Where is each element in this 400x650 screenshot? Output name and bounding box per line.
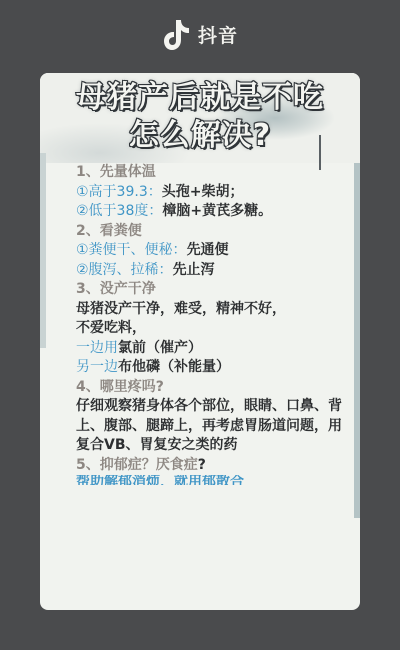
tiktok-note-icon	[162, 17, 192, 51]
item-text: 布他磷（补能量）	[118, 359, 230, 375]
list-item: ②腹泻、拉稀：先止泻	[76, 261, 351, 281]
list-item: ②低于38度：樟脑+黄芪多糖。	[76, 202, 351, 222]
item-label: ②低于38度：	[76, 203, 162, 219]
section-heading-row: 5、抑郁症？厌食症?	[76, 456, 351, 476]
list-item: 另一边布他磷（补能量）	[76, 358, 351, 378]
list-item: ①高于39.3：头孢+柴胡；	[76, 183, 351, 203]
video-card[interactable]: 母猪产后就是不吃 怎么解决? 1、先量体温 ①高于39.3：头孢+柴胡； ②低于…	[40, 73, 360, 610]
item-text: 氯前（催产）	[118, 340, 202, 356]
item-text: 头孢+柴胡；	[162, 184, 244, 200]
body-text: 仔细观察猪身体各个部位，眼睛、口鼻、背上、腹部、腿蹄上，再考虑胃肠道问题，用复合…	[76, 397, 351, 456]
title-line-2: 怎么解决?	[40, 117, 360, 155]
app-brand: 抖音	[0, 14, 400, 54]
app-name: 抖音	[198, 21, 238, 48]
body-text: 母猪没产干净，难受，精神不好，	[76, 300, 351, 320]
content-text: 1、先量体温 ①高于39.3：头孢+柴胡； ②低于38度：樟脑+黄芪多糖。 2、…	[76, 163, 351, 485]
list-item: 一边用氯前（催产）	[76, 339, 351, 359]
section-heading: 2、看粪便	[76, 222, 351, 242]
heading-suffix: ?	[198, 457, 206, 473]
decorative-strip-left	[40, 153, 46, 348]
title-line-1: 母猪产后就是不吃	[40, 79, 360, 117]
body-text: 不爱吃料，	[76, 319, 351, 339]
section-heading: 1、先量体温	[76, 163, 351, 183]
item-label: 一边用	[76, 340, 118, 356]
item-label: ①高于39.3：	[76, 184, 162, 200]
item-text: 樟脑+黄芪多糖。	[162, 203, 272, 219]
item-label: ②腹泻、拉稀：	[76, 262, 173, 278]
list-item: ①粪便干、便秘：先通便	[76, 241, 351, 261]
video-title: 母猪产后就是不吃 怎么解决?	[40, 79, 360, 155]
section-heading: 3、没产干净	[76, 280, 351, 300]
item-label: 另一边	[76, 359, 118, 375]
section-heading: 4、哪里疼吗?	[76, 378, 351, 398]
partial-text-line: 帮助解郁消烦，就用郁散合	[76, 475, 351, 485]
item-text: 先止泻	[173, 262, 215, 278]
decorative-strip-right	[354, 163, 360, 518]
section-heading: 5、抑郁症？厌食症	[76, 457, 198, 473]
item-text: 先通便	[187, 242, 229, 258]
item-label: ①粪便干、便秘：	[76, 242, 187, 258]
partial-text: 帮助解郁消烦，就用郁散合	[76, 475, 244, 485]
